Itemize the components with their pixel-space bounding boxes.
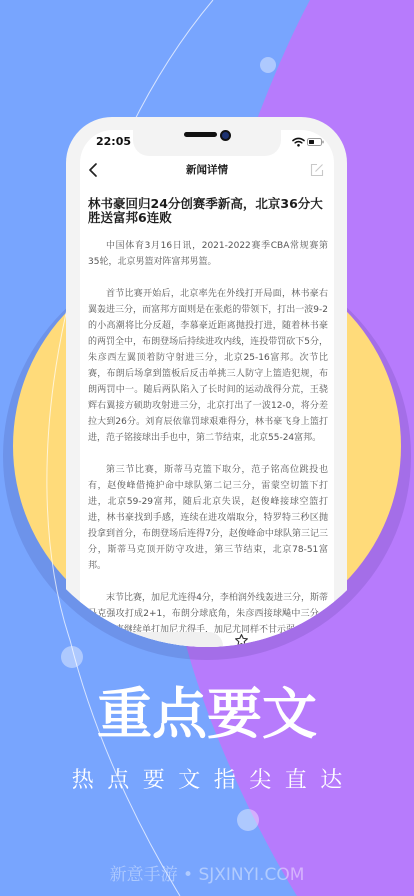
article-paragraph: 第三节比赛，斯蒂马克篮下取分，范子铭高位跳投也有，赵俊峰借掩护命中球队第二记三分… bbox=[88, 462, 328, 574]
article-body: 中国体育3月16日讯，2021-2022赛季CBA常规赛第35轮，北京男篮对阵富… bbox=[88, 238, 328, 638]
wifi-icon bbox=[292, 137, 305, 147]
article: 林书豪回归24分创赛季新高，北京36分大胜送富邦6连败 中国体育3月16日讯，2… bbox=[88, 197, 328, 654]
front-camera bbox=[220, 130, 231, 141]
article-paragraph: 首节比赛开始后，北京率先在外线打开局面，林书豪右翼轰进三分，而富邦方面则是在张彪… bbox=[88, 286, 328, 446]
promo-subtitle: 热点要文指尖直达 bbox=[0, 769, 414, 793]
page-title: 新闻详情 bbox=[150, 164, 264, 177]
phone-notch bbox=[133, 126, 281, 156]
speaker-grille bbox=[184, 132, 217, 137]
promo-headline: 重点要文 bbox=[0, 683, 414, 745]
chevron-left-icon[interactable] bbox=[86, 162, 102, 178]
article-paragraph: 中国体育3月16日讯，2021-2022赛季CBA常规赛第35轮，北京男篮对阵富… bbox=[88, 238, 328, 270]
watermark: 新意手游 • SJXINYI.COM bbox=[0, 865, 414, 885]
decorative-dot bbox=[61, 646, 83, 668]
article-title: 林书豪回归24分创赛季新高，北京36分大胜送富邦6连败 bbox=[88, 197, 328, 224]
status-time: 22:05 bbox=[96, 136, 131, 148]
edit-icon[interactable] bbox=[310, 163, 324, 177]
decorative-dot bbox=[237, 809, 259, 831]
battery-icon bbox=[307, 138, 324, 146]
